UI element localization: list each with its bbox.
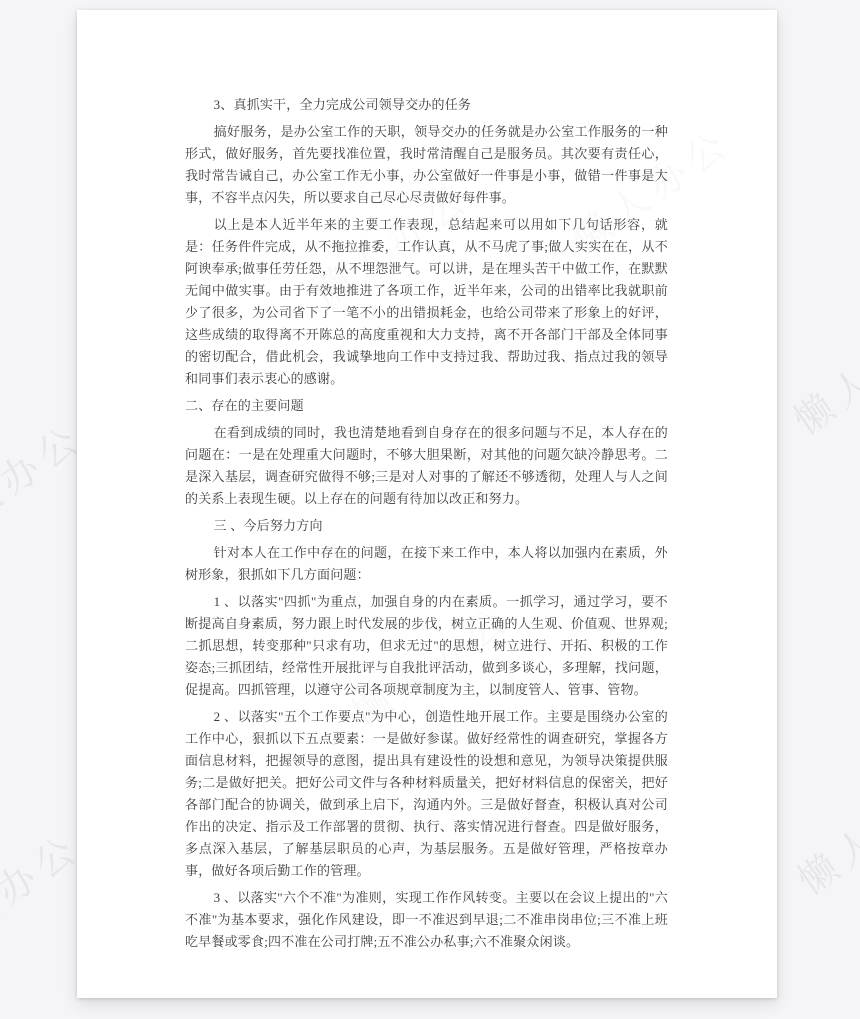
paragraph: 以上是本人近半年来的主要工作表现，总结起来可以用如下几句话形容，就是：任务件件完… <box>185 214 668 390</box>
paragraph: 1 、以落实"四抓"为重点，加强自身的内在素质。一抓学习，通过学习，要不断提高自… <box>185 591 668 701</box>
paragraph: 在看到成绩的同时，我也清楚地看到自身存在的很多问题与不足，本人存在的问题在：一是… <box>185 422 668 510</box>
document-body: 3、真抓实干，全力完成公司领导交办的任务搞好服务，是办公室工作的天职，领导交办的… <box>185 94 668 958</box>
paragraph: 三 、今后努力方向 <box>185 515 668 537</box>
watermark: 懒人办公 <box>785 754 860 905</box>
paragraph: 3、真抓实干，全力完成公司领导交办的任务 <box>185 94 668 116</box>
document-viewer: 3、真抓实干，全力完成公司领导交办的任务搞好服务，是办公室工作的天职，领导交办的… <box>0 0 860 1019</box>
paragraph: 二、存在的主要问题 <box>185 395 668 417</box>
document-page: 3、真抓实干，全力完成公司领导交办的任务搞好服务，是办公室工作的天职，领导交办的… <box>77 10 777 998</box>
paragraph: 2 、以落实"五个工作要点"为中心，创造性地开展工作。主要是围绕办公室的工作中心… <box>185 706 668 882</box>
watermark: 懒人办公 <box>781 294 860 445</box>
paragraph: 针对本人在工作中存在的问题，在接下来工作中，本人将以加强内在素质，外树形象，狠抓… <box>185 542 668 586</box>
paragraph: 搞好服务，是办公室工作的天职，领导交办的任务就是办公室工作服务的一种形式，做好服… <box>185 121 668 209</box>
paragraph: 3 、以落实"六个不准"为准则，实现工作作风转变。主要以在会议上提出的"六不准"… <box>185 887 668 953</box>
